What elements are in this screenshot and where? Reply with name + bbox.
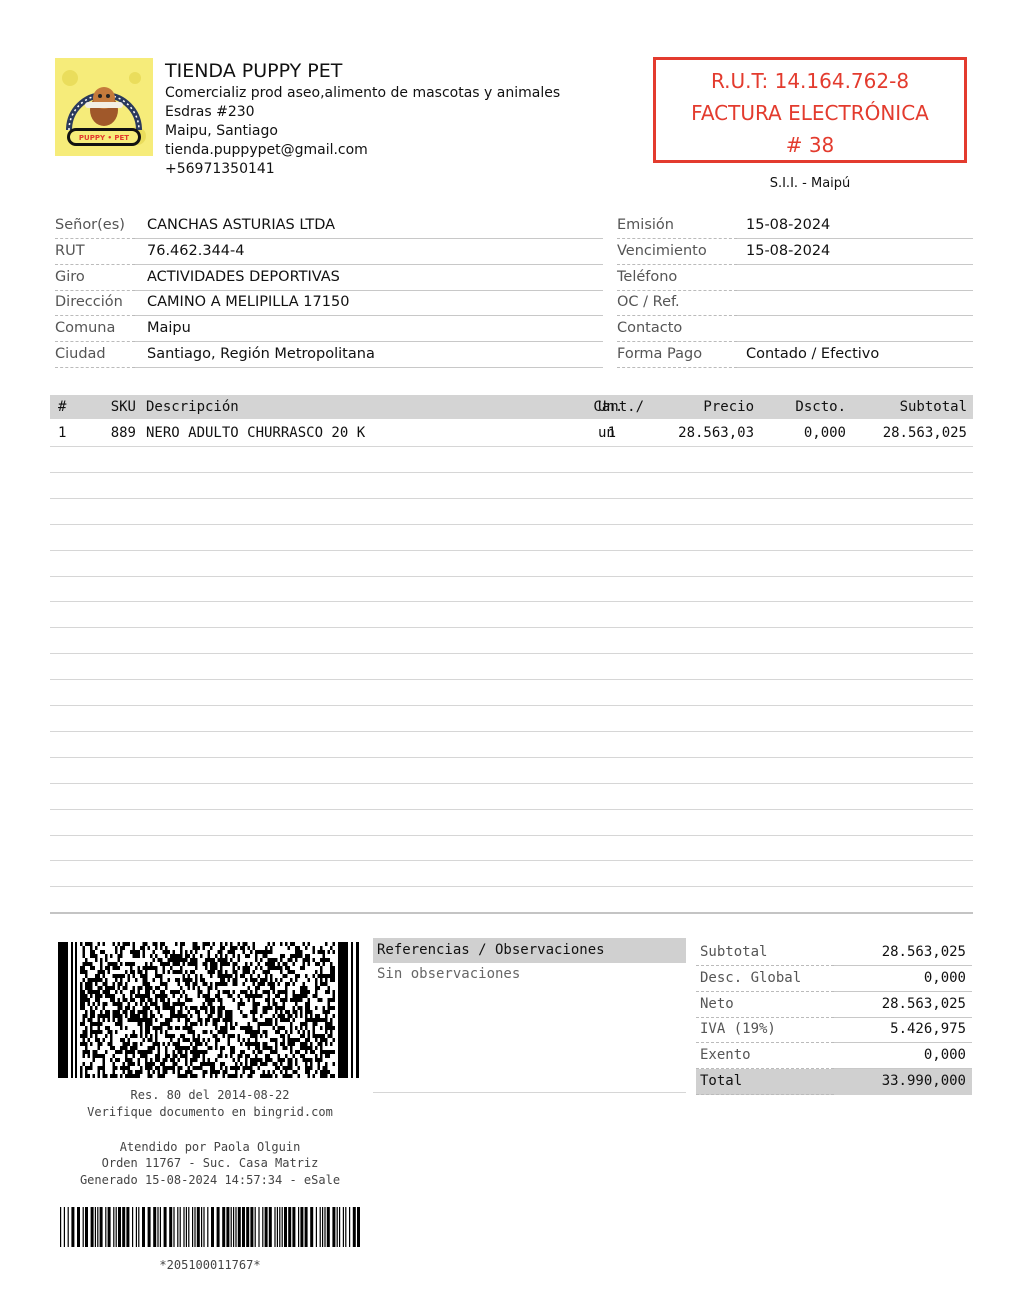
table-row (50, 705, 973, 732)
total-value: 5.426,975 (890, 1017, 966, 1041)
client-field-value: CANCHAS ASTURIAS LTDA (147, 213, 335, 237)
col-discount: Dscto. (795, 395, 846, 419)
client-field-value: ACTIVIDADES DEPORTIVAS (147, 265, 340, 289)
doc-field-row: Contacto (617, 316, 973, 342)
value-divider (737, 367, 973, 368)
client-field-row: CiudadSantiago, Región Metropolitana (55, 342, 603, 368)
client-field-value: Santiago, Región Metropolitana (147, 342, 375, 366)
order-barcode (60, 1207, 362, 1247)
issuer-rut: R.U.T: 14.164.762-8 (656, 65, 964, 97)
company-address: Esdras #230 (165, 103, 255, 122)
table-row (50, 731, 973, 758)
company-phone: +56971350141 (165, 160, 275, 179)
client-field-row: ComunaMaipu (55, 316, 603, 342)
totals-row: Neto28.563,025 (696, 992, 972, 1018)
company-activity: Comercializ prod aseo,alimento de mascot… (165, 84, 560, 103)
doc-field-label: Teléfono (617, 265, 677, 289)
total-label: Total (700, 1069, 742, 1093)
total-label: Subtotal (700, 940, 767, 964)
company-city: Maipu, Santiago (165, 122, 278, 141)
client-field-label: RUT (55, 239, 85, 263)
total-value: 33.990,000 (882, 1069, 966, 1093)
stamp-resolution: Res. 80 del 2014-08-22 (50, 1087, 370, 1103)
client-field-label: Comuna (55, 316, 115, 340)
client-field-label: Señor(es) (55, 213, 125, 237)
col-unit: Un. (598, 395, 623, 419)
total-label: IVA (19%) (700, 1017, 776, 1041)
table-row (50, 783, 973, 810)
table-row (50, 757, 973, 784)
document-number: # 38 (656, 129, 964, 161)
label-divider (617, 367, 737, 368)
client-field-value: CAMINO A MELIPILLA 17150 (147, 290, 349, 314)
references-divider (373, 1092, 686, 1093)
table-row (50, 472, 973, 499)
doc-field-label: Vencimiento (617, 239, 707, 263)
table-row (50, 860, 973, 887)
doc-field-label: OC / Ref. (617, 290, 680, 314)
total-value: 28.563,025 (882, 940, 966, 964)
table-row (50, 886, 973, 914)
total-value: 28.563,025 (882, 992, 966, 1016)
electronic-stamp-barcode (58, 942, 362, 1078)
generated-info: Generado 15-08-2024 14:57:34 - eSale (50, 1172, 370, 1188)
items-table-header: # SKU Descripción Cant./ Un. Precio Dsct… (50, 395, 973, 419)
item-price: 28.563,03 (678, 420, 754, 446)
company-logo: PUPPY • PET (55, 58, 153, 156)
label-divider (696, 1094, 834, 1095)
client-field-label: Ciudad (55, 342, 106, 366)
document-type: FACTURA ELECTRÓNICA (656, 97, 964, 129)
client-field-row: RUT76.462.344-4 (55, 239, 603, 265)
client-field-row: GiroACTIVIDADES DEPORTIVAS (55, 265, 603, 291)
total-label: Exento (700, 1043, 751, 1067)
total-label: Desc. Global (700, 966, 801, 990)
col-num: # (58, 395, 66, 419)
company-email: tienda.puppypet@gmail.com (165, 141, 368, 160)
client-field-row: Señor(es)CANCHAS ASTURIAS LTDA (55, 213, 603, 239)
client-field-value: Maipu (147, 316, 191, 340)
doc-field-label: Contacto (617, 316, 682, 340)
table-row (50, 446, 973, 473)
doc-field-row: Emisión15-08-2024 (617, 213, 973, 239)
doc-field-label: Emisión (617, 213, 674, 237)
doc-field-row: Forma PagoContado / Efectivo (617, 342, 973, 368)
table-row (50, 601, 973, 628)
totals-row: Subtotal28.563,025 (696, 940, 972, 966)
totals-row: Exento0,000 (696, 1043, 972, 1069)
order-info: Orden 11767 - Suc. Casa Matriz (50, 1155, 370, 1171)
order-barcode-text: *205100011767* (50, 1257, 370, 1273)
item-subtotal: 28.563,025 (883, 420, 967, 446)
client-field-label: Dirección (55, 290, 123, 314)
table-row (50, 653, 973, 680)
table-row: 1889NERO ADULTO CHURRASCO 20 K1un28.563,… (50, 420, 973, 447)
references-title: Referencias / Observaciones (373, 938, 686, 963)
table-row (50, 498, 973, 525)
label-divider (55, 367, 135, 368)
doc-field-value: Contado / Efectivo (746, 342, 879, 366)
stamp-verify-link[interactable]: Verifique documento en bingrid.com (50, 1104, 370, 1120)
total-value: 0,000 (924, 1043, 966, 1067)
grand-total-row: Total33.990,000 (696, 1069, 972, 1095)
item-description: NERO ADULTO CHURRASCO 20 K (146, 420, 365, 446)
totals-row: Desc. Global0,000 (696, 966, 972, 992)
document-id-box: R.U.T: 14.164.762-8 FACTURA ELECTRÓNICA … (653, 57, 967, 163)
references-body: Sin observaciones (377, 966, 520, 982)
client-field-label: Giro (55, 265, 85, 289)
doc-field-label: Forma Pago (617, 342, 702, 366)
table-row (50, 550, 973, 577)
col-subtotal: Subtotal (900, 395, 967, 419)
company-name: TIENDA PUPPY PET (165, 60, 342, 82)
total-label: Neto (700, 992, 734, 1016)
table-row (50, 834, 973, 861)
doc-field-value: 15-08-2024 (746, 239, 830, 263)
item-unit: un (598, 420, 615, 446)
table-row (50, 627, 973, 654)
doc-field-row: Teléfono (617, 265, 973, 291)
svg-text:PUPPY • PET: PUPPY • PET (79, 134, 129, 142)
client-field-row: DirecciónCAMINO A MELIPILLA 17150 (55, 290, 603, 316)
table-row (50, 809, 973, 836)
col-description: Descripción (146, 395, 239, 419)
total-value: 0,000 (924, 966, 966, 990)
item-discount: 0,000 (804, 420, 846, 446)
doc-field-row: Vencimiento15-08-2024 (617, 239, 973, 265)
table-row (50, 575, 973, 602)
value-divider (135, 367, 603, 368)
doc-field-value: 15-08-2024 (746, 213, 830, 237)
table-row (50, 679, 973, 706)
item-sku: 889 (111, 420, 136, 446)
sii-office: S.I.I. - Maipú (653, 176, 967, 191)
doc-field-row: OC / Ref. (617, 290, 973, 316)
col-sku: SKU (111, 395, 136, 419)
item-num: 1 (58, 420, 66, 446)
client-field-value: 76.462.344-4 (147, 239, 244, 263)
table-row (50, 524, 973, 551)
attended-by: Atendido por Paola Olguin (50, 1139, 370, 1155)
col-price: Precio (703, 395, 754, 419)
totals-row: IVA (19%)5.426,975 (696, 1017, 972, 1043)
